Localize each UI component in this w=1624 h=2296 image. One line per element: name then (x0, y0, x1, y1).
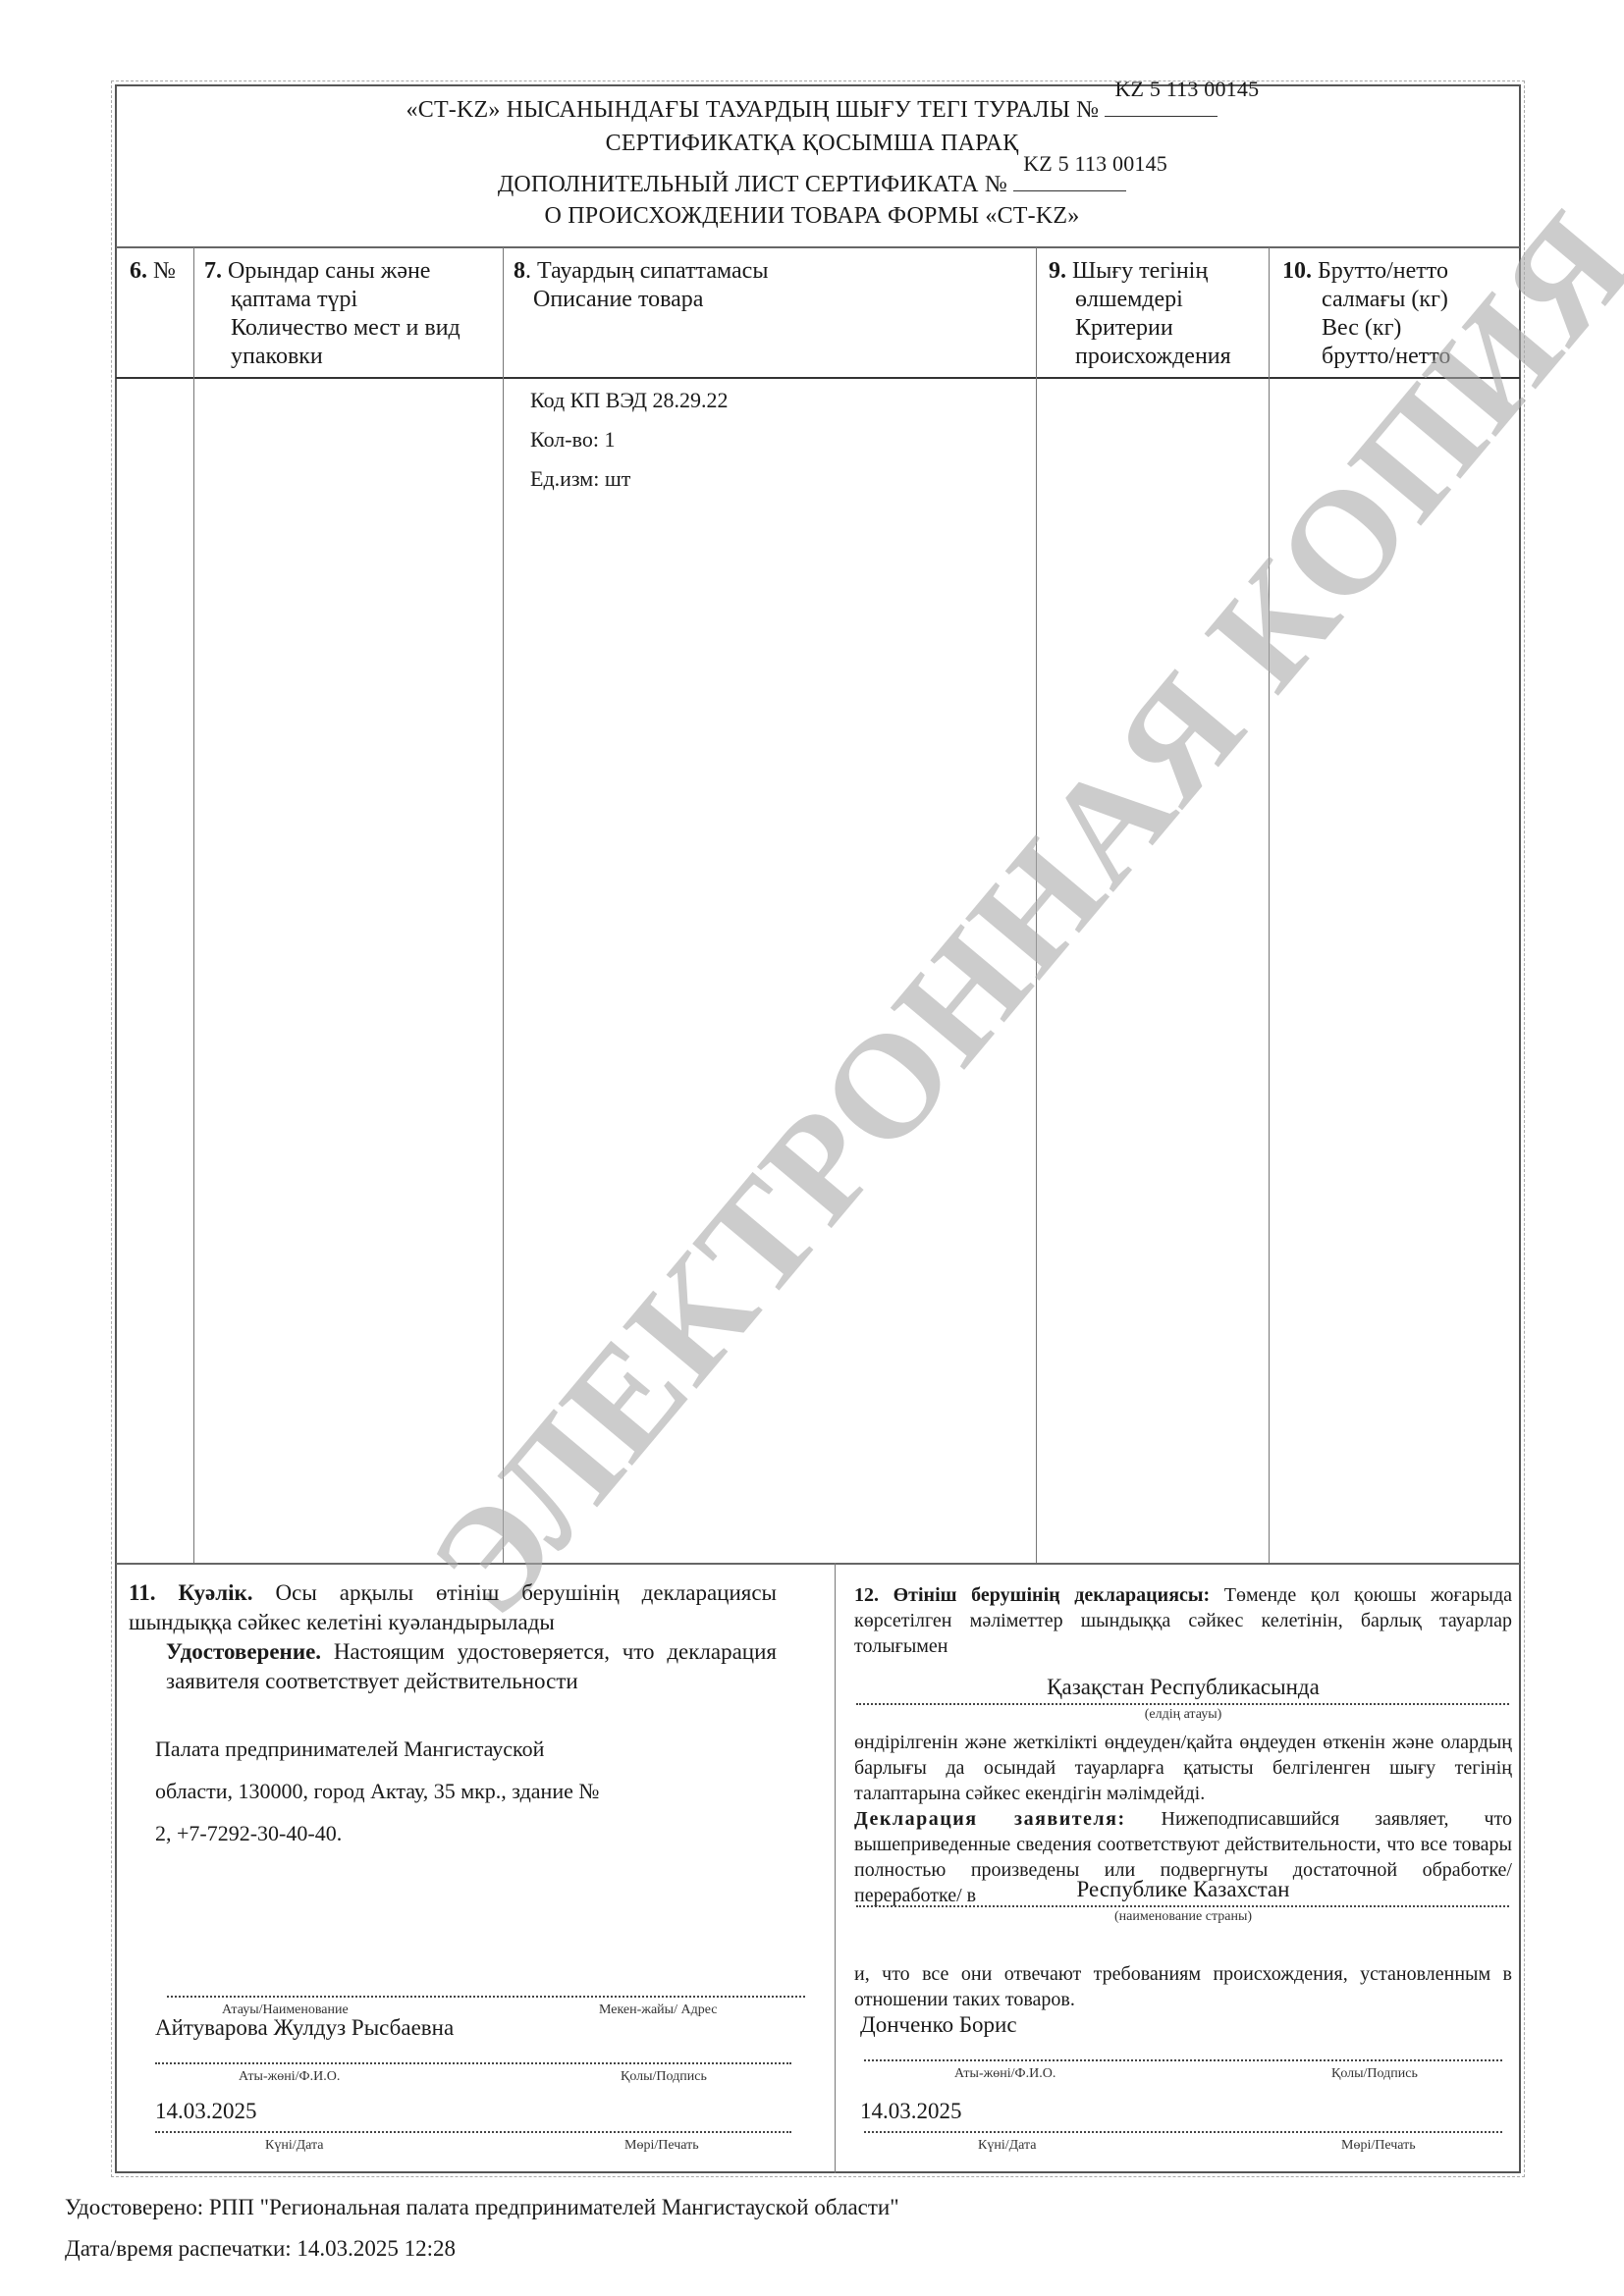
box11-signer-name: Айтуварова Жулдуз Рысбаевна (155, 2015, 454, 2041)
title-kz-text: «СТ-KZ» НЫСАНЫНДАҒЫ ТАУАРДЫҢ ШЫҒУ ТЕГІ Т… (406, 97, 1100, 123)
col-7-line: упаковки (204, 344, 323, 369)
col-header-7: 7. Орындар саны және қаптама түрі Количе… (204, 257, 460, 371)
col-10-line: салмағы (кг) (1282, 287, 1448, 312)
col-8-num: 8 (514, 258, 525, 284)
goods-description: Код КП ВЭД 28.29.22 Кол-во: 1 Ед.изм: шт (530, 381, 729, 499)
title-ru-line2: О ПРОИСХОЖДЕНИИ ТОВАРА ФОРМЫ «СТ-KZ» (0, 201, 1624, 231)
col-divider-8-9 (1036, 247, 1037, 1563)
col-9-line: происхождения (1049, 344, 1231, 369)
box11-name-address-line (167, 1996, 805, 1998)
box11-certification: 11. Куәлік. Осы арқылы өтініш берушінің … (129, 1578, 777, 1696)
col-divider-9-10 (1269, 247, 1270, 1563)
footer-print-datetime: Дата/время распечатки: 14.03.2025 12:28 (65, 2236, 456, 2262)
boxes-divider (116, 1563, 1520, 1565)
certificate-number-kz: KZ 5 113 00145 (1114, 75, 1259, 104)
col-header-8: 8. Тауардың сипаттамасы Описание товара (514, 257, 768, 314)
col-10-line: Вес (кг) (1282, 315, 1401, 341)
caption-address: Мекен-жайы/ Адрес (599, 2002, 717, 2018)
footer-certified-by: Удостоверено: РПП "Региональная палата п… (65, 2195, 899, 2220)
col-7-line: қаптама түрі (204, 287, 357, 312)
goods-code: Код КП ВЭД 28.29.22 (530, 381, 729, 420)
caption-seal: Мөрі/Печать (624, 2138, 699, 2154)
col-10-line: Брутто/нетто (1318, 258, 1448, 284)
title-kz-line2: СЕРТИФИКАТҚА ҚОСЫМША ПАРАҚ (0, 129, 1624, 158)
col-10-num: 10. (1282, 258, 1312, 284)
column-header-divider (116, 377, 1520, 379)
col-header-6: 6. № (130, 257, 176, 286)
col-10-line: брутто/нетто (1282, 344, 1450, 369)
box11-fio-line (155, 2062, 791, 2064)
col-8-line: . Тауардың сипаттамасы (525, 258, 768, 284)
caption-fio: Аты-жөні/Ф.И.О. (239, 2069, 340, 2085)
col-9-num: 9. (1049, 258, 1066, 284)
box12-country-ru: Республике Казахстан (854, 1877, 1512, 1902)
caption-date: Күні/Дата (978, 2138, 1037, 2154)
box12-country-kz: Қазақстан Республикасында (854, 1675, 1512, 1700)
box12-text-kz-2: өндірілгенін және жеткілікті өңдеуден/қа… (854, 1730, 1512, 1806)
address-line: области, 130000, город Актау, 35 мкр., з… (155, 1770, 599, 1812)
box12-text-ru-2: и, что все они отвечают требованиям прои… (854, 1961, 1512, 2012)
box12-signer-name: Донченко Борис (860, 2012, 1017, 2038)
col-header-9: 9. Шығу тегінің өлшемдері Критерии проис… (1049, 257, 1231, 371)
box11-num: 11. (129, 1580, 155, 1605)
caption-seal: Мөрі/Печать (1341, 2138, 1416, 2154)
box12-title-ru: Декларация заявителя: (854, 1808, 1126, 1830)
caption-date: Күні/Дата (265, 2138, 324, 2154)
col-6-num: 6. (130, 258, 147, 284)
box12-date-line (864, 2131, 1502, 2133)
col-7-num: 7. (204, 258, 222, 284)
box11-date-line (155, 2131, 791, 2133)
caption-fio: Аты-жөні/Ф.И.О. (954, 2066, 1056, 2082)
col-9-line: өлшемдері (1049, 287, 1183, 312)
certificate-number-kz-field: KZ 5 113 00145 (1105, 94, 1218, 117)
box12-country-ru-line (856, 1905, 1509, 1907)
col-7-line: Количество мест и вид (204, 315, 460, 341)
address-line: Палата предпринимателей Мангистауской (155, 1728, 599, 1770)
caption-signature: Қолы/Подпись (621, 2069, 707, 2085)
col-9-line: Шығу тегінің (1072, 258, 1208, 284)
caption-country-ru: (наименование страны) (854, 1909, 1512, 1925)
col-divider-7-8 (503, 247, 504, 1563)
box11-title-ru: Удостоверение. (166, 1639, 321, 1664)
goods-quantity: Кол-во: 1 (530, 420, 729, 459)
box11-date: 14.03.2025 (155, 2099, 257, 2124)
box12-title-kz: 12. Өтініш берушінің декларациясы: (854, 1584, 1210, 1606)
certificate-number-ru-field: KZ 5 113 00145 (1013, 169, 1126, 191)
box-divider-11-12 (835, 1563, 836, 2173)
col-divider-6-7 (193, 247, 194, 1563)
col-7-line: Орындар саны және (228, 258, 430, 284)
box12-fio-line (864, 2059, 1502, 2061)
address-line: 2, +7-7292-30-40-40. (155, 1812, 599, 1854)
header-divider (116, 246, 1520, 248)
title-ru-line1: ДОПОЛНИТЕЛЬНЫЙ ЛИСТ СЕРТИФИКАТА № KZ 5 1… (0, 169, 1624, 199)
col-header-10: 10. Брутто/нетто салмағы (кг) Вес (кг) б… (1282, 257, 1450, 371)
box12-declaration-kz: 12. Өтініш берушінің декларациясы: Төмен… (854, 1582, 1512, 1659)
caption-signature: Қолы/Подпись (1331, 2066, 1418, 2082)
col-8-line: Описание товара (514, 287, 703, 312)
box11-title-kz: Куәлік. (178, 1580, 252, 1605)
title-kz-line1: «СТ-KZ» НЫСАНЫНДАҒЫ ТАУАРДЫҢ ШЫҒУ ТЕГІ Т… (0, 94, 1624, 125)
box11-address: Палата предпринимателей Мангистауской об… (155, 1728, 599, 1854)
certificate-number-ru: KZ 5 113 00145 (1023, 149, 1167, 179)
col-9-line: Критерии (1049, 315, 1173, 341)
box12-country-kz-line (856, 1703, 1509, 1705)
caption-country-kz: (елдің атауы) (854, 1707, 1512, 1723)
title-ru-text: ДОПОЛНИТЕЛЬНЫЙ ЛИСТ СЕРТИФИКАТА № (498, 172, 1007, 197)
box12-date: 14.03.2025 (860, 2099, 962, 2124)
col-6-label: № (153, 258, 176, 284)
goods-unit: Ед.изм: шт (530, 459, 729, 499)
